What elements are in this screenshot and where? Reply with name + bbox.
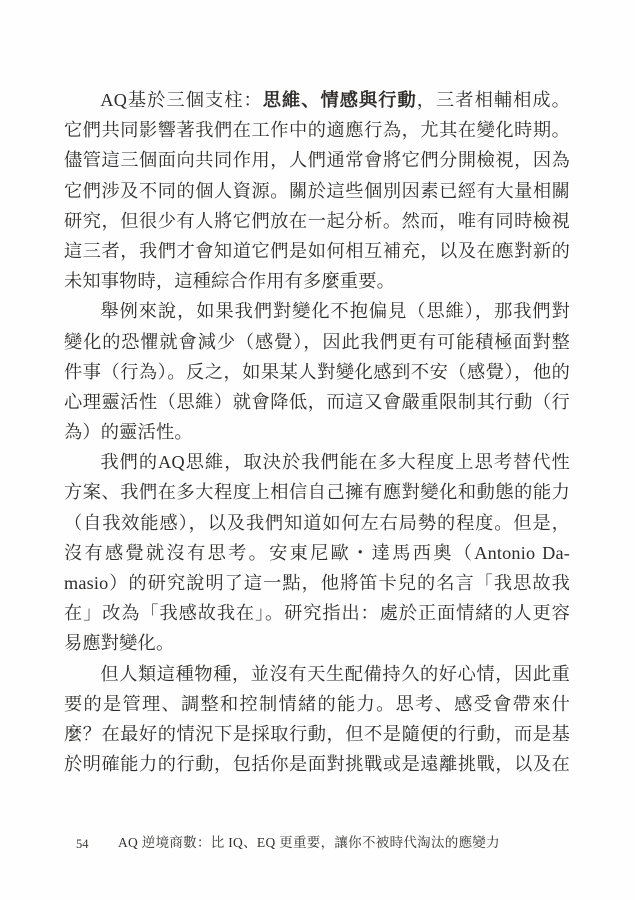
text-run: 它們共同影響著我們在工作中的適應行為，尤其在變化時期。 <box>64 120 570 140</box>
text-run: 心理靈活性（思維）就會降低，而這又會嚴重限制其行動（行 <box>64 392 570 412</box>
text-run: AQ基於三個支柱： <box>100 90 262 110</box>
body-paragraph: 我們的AQ思維，取決於我們能在多大程度上思考替代性方案、我們在多大程度上相信自己… <box>64 447 570 658</box>
text-line: 於明確能力的行動，包括你是面對挑戰或是遠離挑戰，以及在 <box>64 749 570 779</box>
page-footer: 54 AQ 逆境商數：比 IQ、EQ 更重要，讓你不被時代淘汰的應變力 <box>0 833 635 853</box>
text-run: 要的是管理、調整和控制情緒的能力。思考、感受會帶來什 <box>64 694 570 714</box>
text-line: 儘管這三個面向共同作用，人們通常會將它們分開檢視，因為 <box>64 145 570 175</box>
text-line: 研究，但很少有人將它們放在一起分析。然而，唯有同時檢視 <box>64 206 570 236</box>
text-line: 舉例來說，如果我們對變化不抱偏見（思維），那我們對 <box>64 296 570 326</box>
text-line: 它們涉及不同的個人資源。關於這些個別因素已經有大量相關 <box>64 176 570 206</box>
body-paragraph: AQ基於三個支柱：思維、情感與行動，三者相輔相成。它們共同影響著我們在工作中的適… <box>64 85 570 296</box>
text-run: 於明確能力的行動，包括你是面對挑戰或是遠離挑戰，以及在 <box>64 754 570 774</box>
text-run: （自我效能感），以及我們知道如何左右局勢的程度。但是， <box>64 513 570 533</box>
text-line: （自我效能感），以及我們知道如何左右局勢的程度。但是， <box>64 508 570 538</box>
text-line: AQ基於三個支柱：思維、情感與行動，三者相輔相成。 <box>64 85 570 115</box>
text-run: 儘管這三個面向共同作用，人們通常會將它們分開檢視，因為 <box>64 150 570 170</box>
text-line: 在」改為「我感故我在」。研究指出：處於正面情緒的人更容 <box>64 598 570 628</box>
text-line: masio）的研究說明了這一點，他將笛卡兒的名言「我思故我 <box>64 568 570 598</box>
text-run: masio）的研究說明了這一點，他將笛卡兒的名言「我思故我 <box>64 573 570 593</box>
text-run: 沒有感覺就沒有思考。安東尼歐・達馬西奧（Antonio Da- <box>64 543 570 563</box>
text-run: 這三者，我們才會知道它們是如何相互補充，以及在應對新的 <box>64 241 570 261</box>
text-run: 我們的AQ思維，取決於我們能在多大程度上思考替代性 <box>100 452 570 472</box>
text-run: 但人類這種物種，並沒有天生配備持久的好心情，因此重 <box>100 664 570 684</box>
text-run: 易應對變化。 <box>64 633 174 653</box>
text-run: 在」改為「我感故我在」。研究指出：處於正面情緒的人更容 <box>64 603 570 623</box>
text-line: 我們的AQ思維，取決於我們能在多大程度上思考替代性 <box>64 447 570 477</box>
text-run: 未知事物時，這種綜合作用有多麼重要。 <box>64 271 395 291</box>
text-run: 為）的靈活性。 <box>64 422 193 442</box>
text-run: 舉例來說，如果我們對變化不抱偏見（思維），那我們對 <box>100 301 570 321</box>
page-number: 54 <box>76 835 89 853</box>
bold-text-run: 思維、情感與行動 <box>263 90 417 110</box>
text-line: 易應對變化。 <box>64 628 570 658</box>
text-run: ，三者相輔相成。 <box>417 90 570 110</box>
text-line: 件事（行為）。反之，如果某人對變化感到不安（感覺），他的 <box>64 357 570 387</box>
text-line: 要的是管理、調整和控制情緒的能力。思考、感受會帶來什 <box>64 689 570 719</box>
book-page: AQ基於三個支柱：思維、情感與行動，三者相輔相成。它們共同影響著我們在工作中的適… <box>0 0 635 900</box>
text-run: 麼？在最好的情況下是採取行動，但不是隨便的行動，而是基 <box>64 724 570 744</box>
text-line: 它們共同影響著我們在工作中的適應行為，尤其在變化時期。 <box>64 115 570 145</box>
text-line: 為）的靈活性。 <box>64 417 570 447</box>
text-run: 變化的恐懼就會減少（感覺），因此我們更有可能積極面對整 <box>64 332 570 352</box>
text-line: 麼？在最好的情況下是採取行動，但不是隨便的行動，而是基 <box>64 719 570 749</box>
text-run: 方案、我們在多大程度上相信自己擁有應對變化和動態的能力 <box>64 482 570 502</box>
text-run: 研究，但很少有人將它們放在一起分析。然而，唯有同時檢視 <box>64 211 570 231</box>
text-line: 心理靈活性（思維）就會降低，而這又會嚴重限制其行動（行 <box>64 387 570 417</box>
text-run: 它們涉及不同的個人資源。關於這些個別因素已經有大量相關 <box>64 181 570 201</box>
text-line: 未知事物時，這種綜合作用有多麼重要。 <box>64 266 570 296</box>
text-line: 但人類這種物種，並沒有天生配備持久的好心情，因此重 <box>64 659 570 689</box>
text-line: 方案、我們在多大程度上相信自己擁有應對變化和動態的能力 <box>64 477 570 507</box>
text-line: 變化的恐懼就會減少（感覺），因此我們更有可能積極面對整 <box>64 327 570 357</box>
text-line: 沒有感覺就沒有思考。安東尼歐・達馬西奧（Antonio Da- <box>64 538 570 568</box>
body-text: AQ基於三個支柱：思維、情感與行動，三者相輔相成。它們共同影響著我們在工作中的適… <box>64 85 570 779</box>
text-run: 件事（行為）。反之，如果某人對變化感到不安（感覺），他的 <box>64 362 570 382</box>
text-line: 這三者，我們才會知道它們是如何相互補充，以及在應對新的 <box>64 236 570 266</box>
body-paragraph: 但人類這種物種，並沒有天生配備持久的好心情，因此重要的是管理、調整和控制情緒的能… <box>64 659 570 780</box>
book-title: AQ 逆境商數：比 IQ、EQ 更重要，讓你不被時代淘汰的應變力 <box>118 833 500 853</box>
body-paragraph: 舉例來說，如果我們對變化不抱偏見（思維），那我們對變化的恐懼就會減少（感覺），因… <box>64 296 570 447</box>
